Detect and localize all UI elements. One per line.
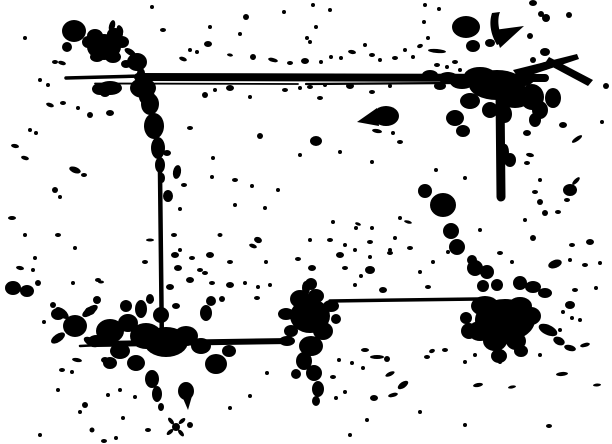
left-vertical-stroke: [160, 172, 162, 352]
splatter-artwork: [0, 0, 612, 444]
top-stroke-underline-left: [95, 84, 298, 85]
teardrop-blob: [373, 106, 399, 126]
bottom-right-thin-stroke: [330, 299, 478, 301]
background: [0, 0, 612, 444]
top-stroke-underline-right: [306, 83, 455, 84]
top-stroke-thin-start: [66, 76, 141, 78]
ink-splatter-canvas: [0, 0, 612, 444]
